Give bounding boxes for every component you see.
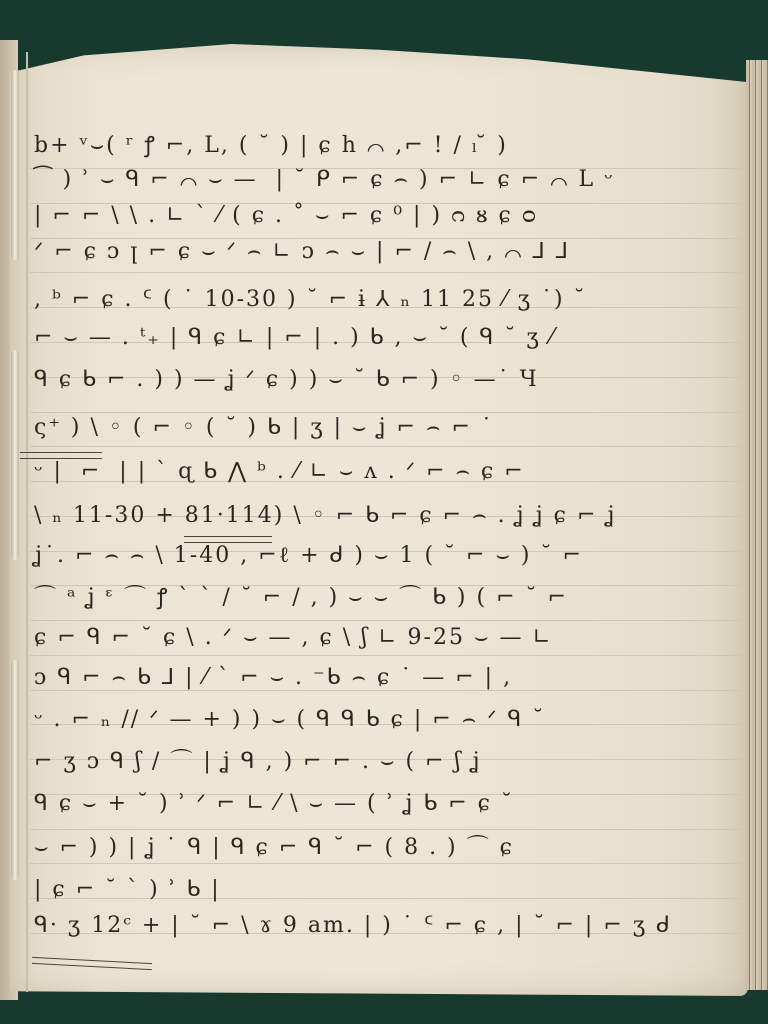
page-gutter — [26, 52, 28, 992]
shorthand-line-10: \ ₙ 11-30 + 81·114) \ ◦ ⌐ ᑲ ⌐ ɕ ⌐ ⌢ . ʝ … — [34, 502, 744, 530]
shorthand-line-20: ᑫ· ʒ 12ᶜ + | ˘ ⌐ \ ɤ 9 am. | ) ˙ ᑦ ⌐ ɕ ,… — [34, 912, 744, 940]
binding-stitch — [11, 660, 19, 880]
shorthand-line-16: ⌐ ʒ ᴐ ᑫ ʃ / ⌒ | ʝ ᑫ , ) ⌐ ⌐ . ⌣ ( ⌐ ʃ ʝ — [34, 748, 744, 776]
shorthand-line-14: ᴐ ᑫ ⌐ ⌢ ᑲ ⅃ | ⁄ ˋ ⌐ ⌣ . ⁻ᑲ ⌢ ɕ ˙ — ⌐ | , — [34, 664, 744, 692]
binding-stitch — [11, 70, 19, 260]
ruled-line — [30, 863, 742, 864]
shorthand-line-3: | ⌐ ⌐ \ \ . ∟ ˋ ⁄ ( ɕ . ˚ ⌣ ⌐ ɕ ⁰ | ) ᴒ … — [34, 202, 744, 230]
shorthand-line-11: ʝ˙. ⌐ ⌢ ⌢ \ 1-40 , ⌐ℓ + ᑯ ) ⌣ 1 ( ˘ ⌐ ⌣ … — [34, 542, 744, 570]
ruled-line — [30, 412, 742, 413]
shorthand-line-18: ⌣ ⌐ ) ) | ʝ ˙ ᑫ | ᑫ ɕ ⌐ ᑫ ˘ ⌐ ( 8 . ) ⌒ … — [34, 834, 744, 862]
ruled-line — [30, 620, 742, 621]
binding-stitch — [11, 350, 19, 560]
shorthand-line-4: ᐟ ⌐ ɕ ᴐ ꞁ ⌐ ɕ ⌣ ᐟ ⌢ ∟ ᴐ ⌢ ⌣ | ⌐ / ⌢ \ , … — [34, 238, 744, 266]
shorthand-line-13: ɕ ⌐ ᑫ ⌐ ˘ ɕ \ . ᐟ ⌣ — , ɕ \ ʃ ∟ 9-25 ⌣ —… — [34, 624, 744, 652]
double-underline — [184, 536, 272, 543]
shorthand-line-5: , ᵇ ⌐ ɕ . ᑦ ( ˙ 10-30 ) ˘ ⌐ ɨ ⅄ ₙ 11 25 … — [34, 286, 744, 314]
shorthand-line-9: ᵕ | ⌐ | | ˋ ɋ ᑲ ⋀ ᵇ . ⁄ ∟ ⌣ ᴧ . ᐟ ⌐ ⌢ ɕ … — [34, 458, 744, 486]
ruled-line — [30, 655, 742, 656]
ruled-line — [30, 446, 742, 447]
shorthand-line-8: ς⁺ ) \ ◦ ( ⌐ ◦ ( ˘ ) ᑲ | ʒ | ⌣ ʝ ⌐ ⌢ ⌐ ˙ — [34, 414, 744, 442]
page-stack-edges — [746, 60, 768, 990]
shorthand-line-12: ⌒ ᵃ ʝ ᵋ ⌒ ꝭ ˋ ˋ / ˘ ⌐ / , ) ⌣ ⌣ ⌒ ᑲ ) ( … — [34, 584, 744, 612]
double-underline — [20, 452, 102, 459]
shorthand-line-17: ᑫ ɕ ⌣ + ˘ ) ʾ ᐟ ⌐ ∟ ⁄ \ ⌣ — ( ʾ ʝ ᑲ ⌐ ɕ … — [34, 790, 744, 818]
shorthand-line-6: ⌐ ⌣ — . ᵗ₊ | ᑫ ɕ ∟ | ⌐ | . ) ᑲ , ⌣ ˘ ( ᑫ… — [34, 324, 744, 352]
shorthand-line-15: ᵕ . ⌐ ₙ // ᐟ — + ) ) ⌣ ( ᑫ ᑫ ᑲ ɕ | ⌐ ⌢ ᐟ… — [34, 706, 744, 734]
shorthand-line-7: ᑫ ɕ ᑲ ⌐ . ) ) — ʝ ᐟ ɕ ) ) ⌣ ˘ ᑲ ⌐ ) ◦ —˙… — [34, 366, 744, 394]
shorthand-line-1: b+ ᵛ⌣( ʳ ꝭ ⌐, L, ( ˘ ) | ɕ h ⌒ ,⌐ ! / ₗ … — [34, 132, 744, 160]
ruled-line — [30, 272, 742, 273]
ruled-line — [30, 829, 742, 830]
shorthand-line-19: | ɕ ⌐ ˘ ˋ ) ʾ ᑲ | — [34, 876, 744, 904]
shorthand-line-2: ⁀ ) ʾ ⌣ ᑫ ⌐ ⌒ ⌣ — | ˘ ᑭ ⌐ ɕ ⌢ ) ⌐ ∟ ɕ ⌐ … — [34, 166, 744, 194]
